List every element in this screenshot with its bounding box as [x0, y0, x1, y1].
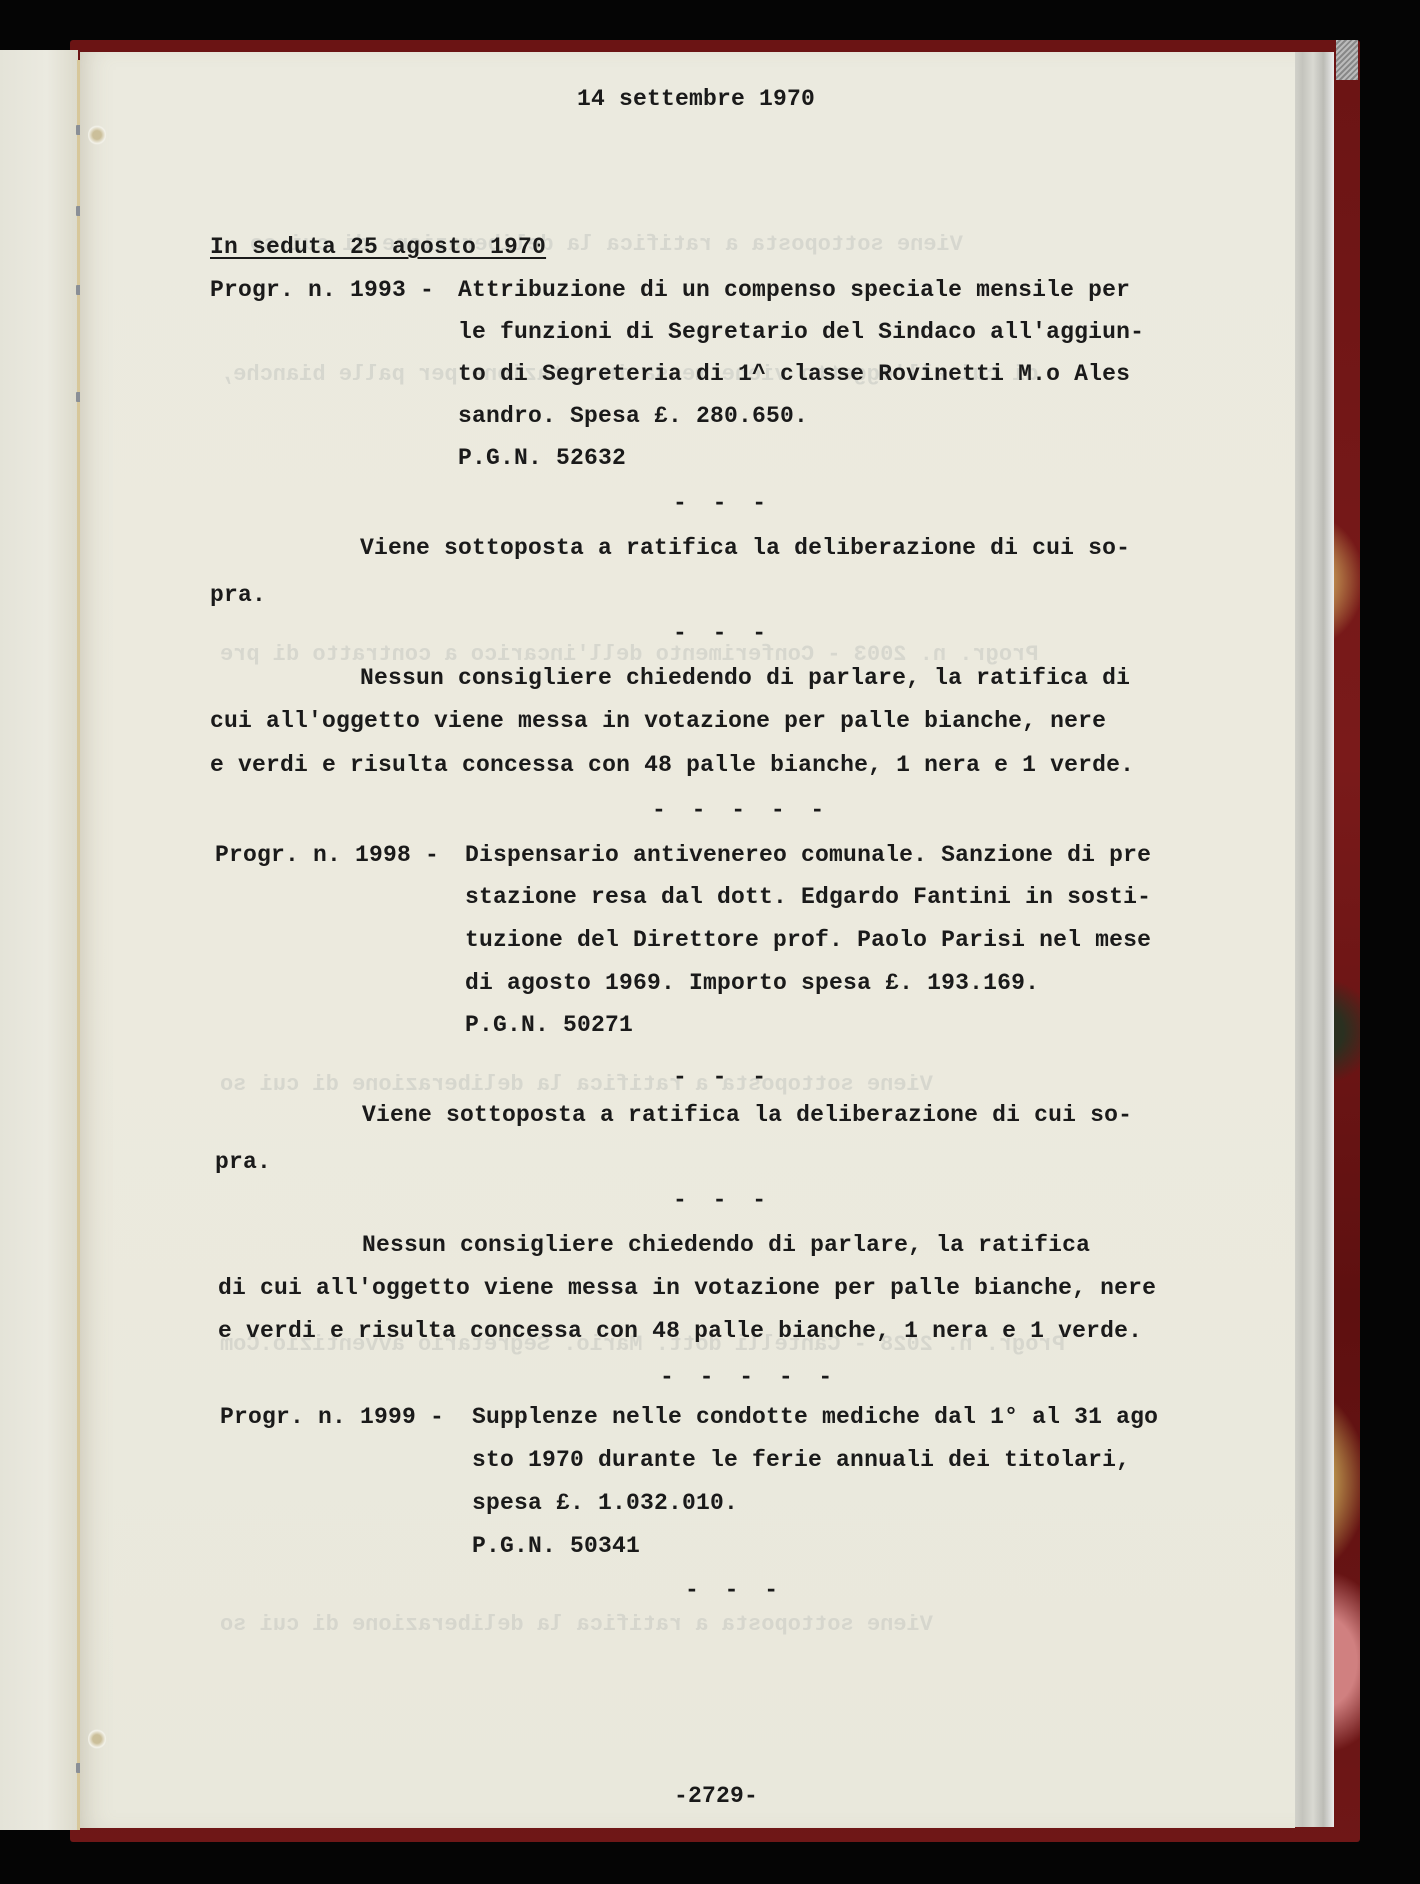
show-through-text: Viene sottoposta a ratifica la deliberaz…: [220, 1612, 933, 1637]
item-text-line: Supplenze nelle condotte mediche dal 1° …: [472, 1404, 1158, 1430]
pgn-number: P.G.N. 50341: [472, 1533, 640, 1559]
item-text-line: spesa £. 1.032.010.: [472, 1490, 738, 1516]
session-title: In seduta 25 agosto 1970: [210, 234, 546, 260]
item-text-line: sto 1970 durante le ferie annuali dei ti…: [472, 1447, 1130, 1473]
item-text-line: Dispensario antivenereo comunale. Sanzio…: [465, 842, 1151, 868]
progr-number: Progr. n. 1999 -: [220, 1404, 444, 1430]
item-text-line: sandro. Spesa £. 280.650.: [458, 403, 808, 429]
vote-text: cui all'oggetto viene messa in votazione…: [210, 708, 1106, 734]
binding-hole: [88, 124, 106, 146]
vote-result: e verdi e risulta concessa con 48 palle …: [218, 1318, 1142, 1344]
vote-result: e verdi e risulta concessa con 48 palle …: [210, 752, 1134, 778]
page-date-header: 14 settembre 1970: [577, 86, 815, 112]
show-through-text: Viene sottoposta a ratifica la deliberaz…: [220, 1072, 933, 1097]
vote-text: Nessun consigliere chiedendo di parlare,…: [362, 1232, 1090, 1258]
page-number: -2729-: [674, 1783, 758, 1809]
page-edges-stack: [1292, 52, 1334, 1827]
ratifica-text: pra.: [210, 582, 266, 608]
vote-text: Nessun consigliere chiedendo di parlare,…: [360, 665, 1130, 691]
section-separator: - - -: [685, 1577, 784, 1603]
section-separator: - - - - -: [652, 797, 830, 823]
ratifica-text: pra.: [215, 1149, 271, 1175]
section-separator: - - -: [673, 490, 772, 516]
facing-page-edge: [0, 50, 78, 1830]
item-text-line: le funzioni di Segretario del Sindaco al…: [458, 319, 1144, 345]
binding-hole: [88, 1728, 106, 1750]
pgn-number: P.G.N. 50271: [465, 1012, 633, 1038]
item-text-line: tuzione del Direttore prof. Paolo Parisi…: [465, 927, 1151, 953]
progr-number: Progr. n. 1993 -: [210, 277, 434, 303]
section-separator: - - -: [673, 1187, 772, 1213]
item-text-line: stazione resa dal dott. Edgardo Fantini …: [465, 884, 1151, 910]
item-text-line: Attribuzione di un compenso speciale men…: [458, 277, 1130, 303]
item-text-line: to di Segreteria di 1^ classe Rovinetti …: [458, 361, 1130, 387]
vote-text: di cui all'oggetto viene messa in votazi…: [218, 1275, 1156, 1301]
document-page: Viene sottoposta a ratifica la deliberaz…: [80, 52, 1295, 1828]
section-separator: - - -: [673, 1064, 772, 1090]
item-text-line: di agosto 1969. Importo spesa £. 193.169…: [465, 970, 1039, 996]
ratifica-text: Viene sottoposta a ratifica la deliberaz…: [362, 1102, 1132, 1128]
section-separator: - - -: [673, 620, 772, 646]
pgn-number: P.G.N. 52632: [458, 445, 626, 471]
binding-corner: [1336, 40, 1358, 80]
section-separator: - - - - -: [660, 1364, 838, 1390]
show-through-text: Progr. n. 2003 - Conferimento dell'incar…: [220, 642, 1039, 667]
progr-number: Progr. n. 1998 -: [215, 842, 439, 868]
ratifica-text: Viene sottoposta a ratifica la deliberaz…: [360, 535, 1130, 561]
